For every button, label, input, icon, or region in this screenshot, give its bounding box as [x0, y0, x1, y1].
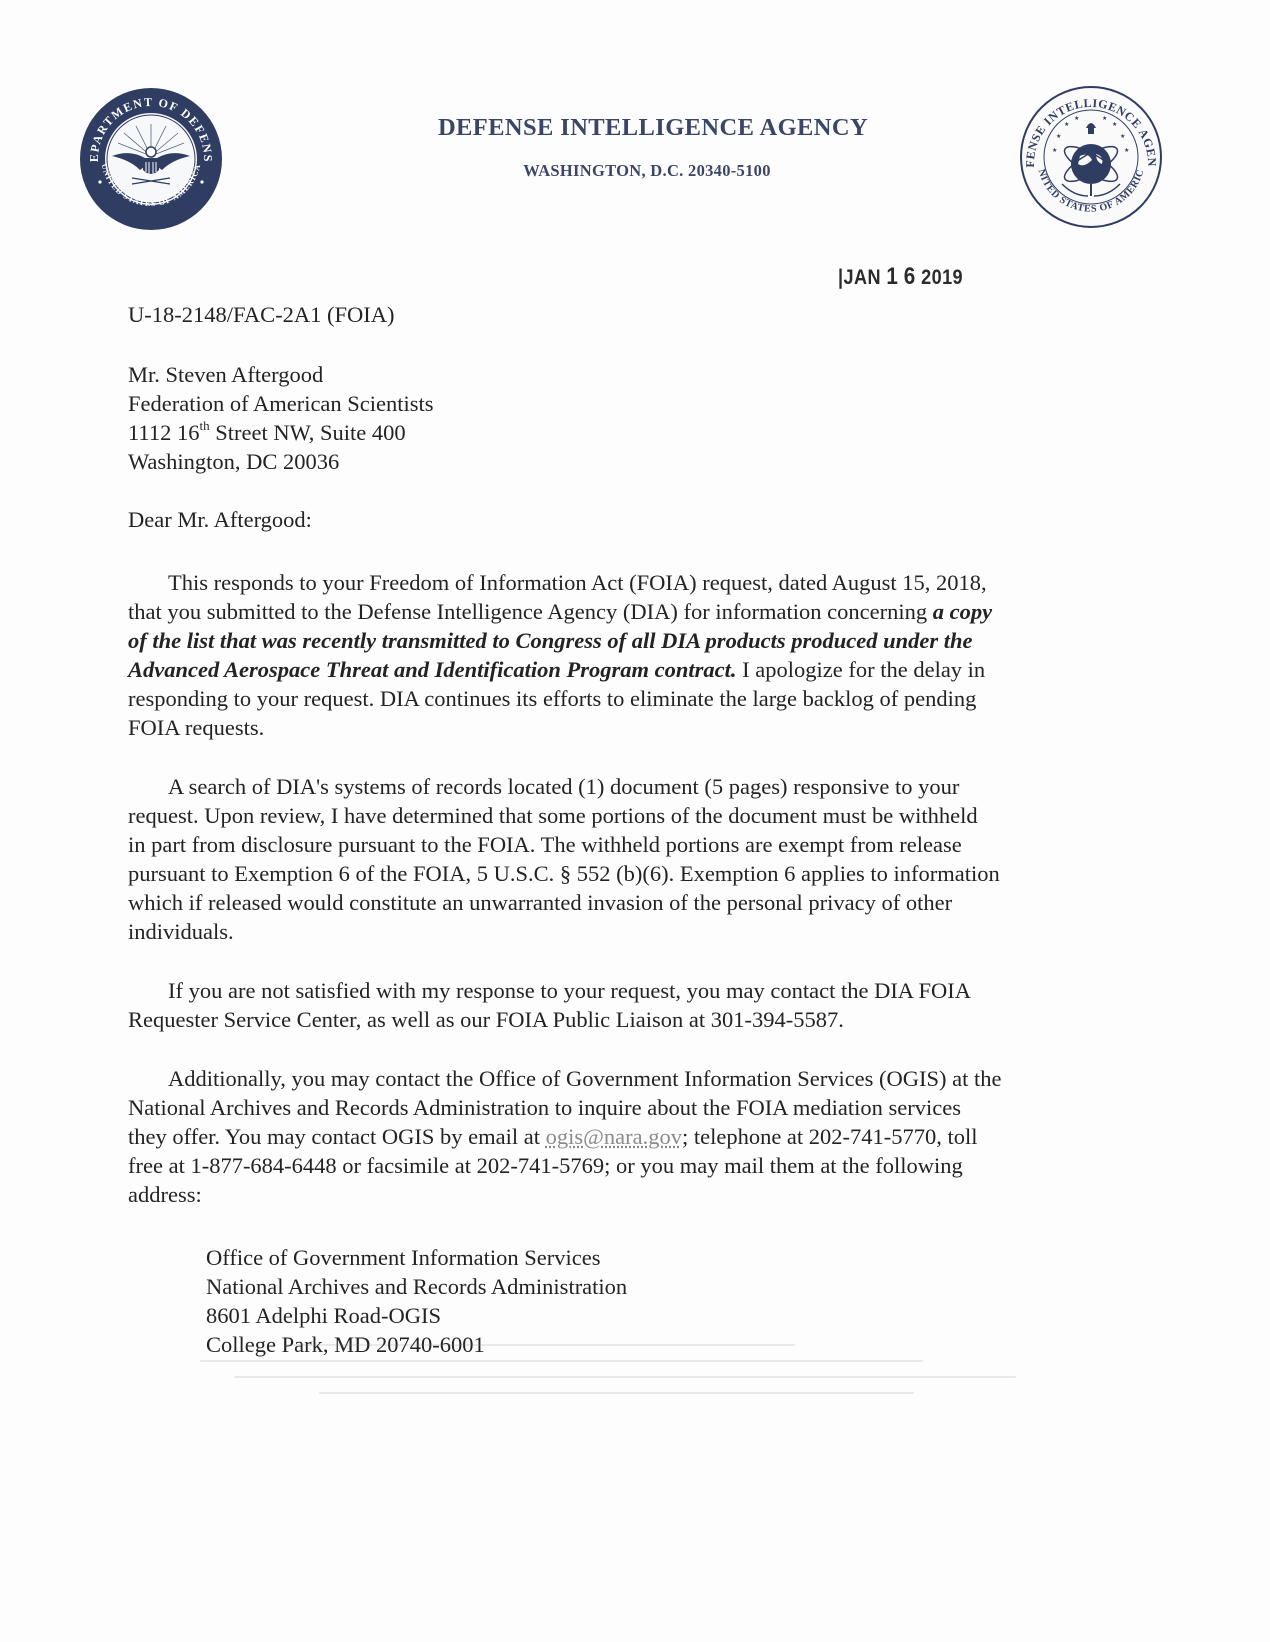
street-number: 1112 16 [128, 420, 199, 445]
svg-text:★: ★ [1112, 121, 1117, 128]
svg-text:★: ★ [1052, 147, 1057, 154]
paragraph-search-results: A search of DIA's systems of records loc… [128, 772, 1088, 946]
svg-text:★: ★ [1120, 133, 1125, 140]
p2-line: pursuant to Exemption 6 of the FOIA, 5 U… [128, 859, 1088, 888]
svg-text:★: ★ [1074, 115, 1079, 122]
p1-line: This responds to your Freedom of Informa… [128, 568, 1088, 597]
p2-line: A search of DIA's systems of records loc… [128, 772, 1088, 801]
request-subject-emphasis: a copy [933, 599, 992, 624]
svg-text:★: ★ [1124, 147, 1129, 154]
reference-number: U-18-2148/FAC-2A1 (FOIA) [128, 300, 394, 329]
paragraph-appeal-contact: If you are not satisfied with my respons… [128, 976, 1088, 1034]
p3-line: If you are not satisfied with my respons… [128, 976, 1088, 1005]
recipient-address: Mr. Steven Aftergood Federation of Ameri… [128, 360, 434, 476]
svg-text:★: ★ [1056, 133, 1061, 140]
ordinal-suffix: th [199, 418, 209, 433]
stamp-year: 2019 [921, 266, 963, 289]
request-subject-emphasis: Advanced Aerospace Threat and Identifica… [128, 657, 737, 682]
ogis-email-link[interactable]: ogis@nara.gov [546, 1124, 682, 1149]
p1-line: FOIA requests. [128, 713, 1088, 742]
address-line: Office of Government Information Service… [206, 1243, 627, 1272]
recipient-city: Washington, DC 20036 [128, 447, 434, 476]
request-subject-emphasis: of the list that was recently transmitte… [128, 626, 1088, 655]
p1-line: Advanced Aerospace Threat and Identifica… [128, 655, 1088, 684]
svg-text:★: ★ [1102, 115, 1107, 122]
paragraph-ogis-contact: Additionally, you may contact the Office… [128, 1064, 1088, 1209]
dod-seal-icon: DEPARTMENT OF DEFENSE UNITED STATES OF A… [78, 86, 224, 232]
p2-line: individuals. [128, 917, 1088, 946]
svg-text:★: ★ [1064, 121, 1069, 128]
paragraph-request-summary: This responds to your Freedom of Informa… [128, 568, 1088, 742]
stamp-month: JAN [843, 266, 880, 289]
street-name: Street NW, Suite 400 [210, 420, 406, 445]
p2-line: which if released would constitute an un… [128, 888, 1088, 917]
p2-line: in part from disclosure pursuant to the … [128, 830, 1088, 859]
p3-line: Requester Service Center, as well as our… [128, 1005, 1088, 1034]
p4-line: they offer. You may contact OGIS by emai… [128, 1122, 1088, 1151]
p1-text: that you submitted to the Defense Intell… [128, 599, 933, 624]
p1-line: that you submitted to the Defense Intell… [128, 597, 1088, 626]
recipient-street: 1112 16th Street NW, Suite 400 [128, 418, 434, 447]
p2-line: request. Upon review, I have determined … [128, 801, 1088, 830]
p4-line: address: [128, 1180, 1088, 1209]
p4-text: ; telephone at 202-741-5770, toll [682, 1124, 978, 1149]
address-line: 8601 Adelphi Road-OGIS [206, 1301, 627, 1330]
recipient-name: Mr. Steven Aftergood [128, 360, 434, 389]
scan-bleed-through [200, 1330, 1050, 1450]
p4-text: they offer. You may contact OGIS by emai… [128, 1124, 546, 1149]
recipient-organization: Federation of American Scientists [128, 389, 434, 418]
stamp-day-2: 6 [904, 263, 916, 290]
salutation: Dear Mr. Aftergood: [128, 505, 312, 534]
stamp-day-1: 1 [886, 263, 898, 290]
p1-text: I apologize for the delay in [737, 657, 986, 682]
address-line: National Archives and Records Administra… [206, 1272, 627, 1301]
p4-line: National Archives and Records Administra… [128, 1093, 1088, 1122]
p4-line: free at 1-877-684-6448 or facsimile at 2… [128, 1151, 1088, 1180]
p1-line: responding to your request. DIA continue… [128, 684, 1088, 713]
date-stamp: |JAN 1 6 2019 [838, 263, 963, 291]
p4-line: Additionally, you may contact the Office… [128, 1064, 1088, 1093]
dia-seal-icon: DEFENSE INTELLIGENCE AGENCY UNITED STATE… [1018, 84, 1164, 230]
